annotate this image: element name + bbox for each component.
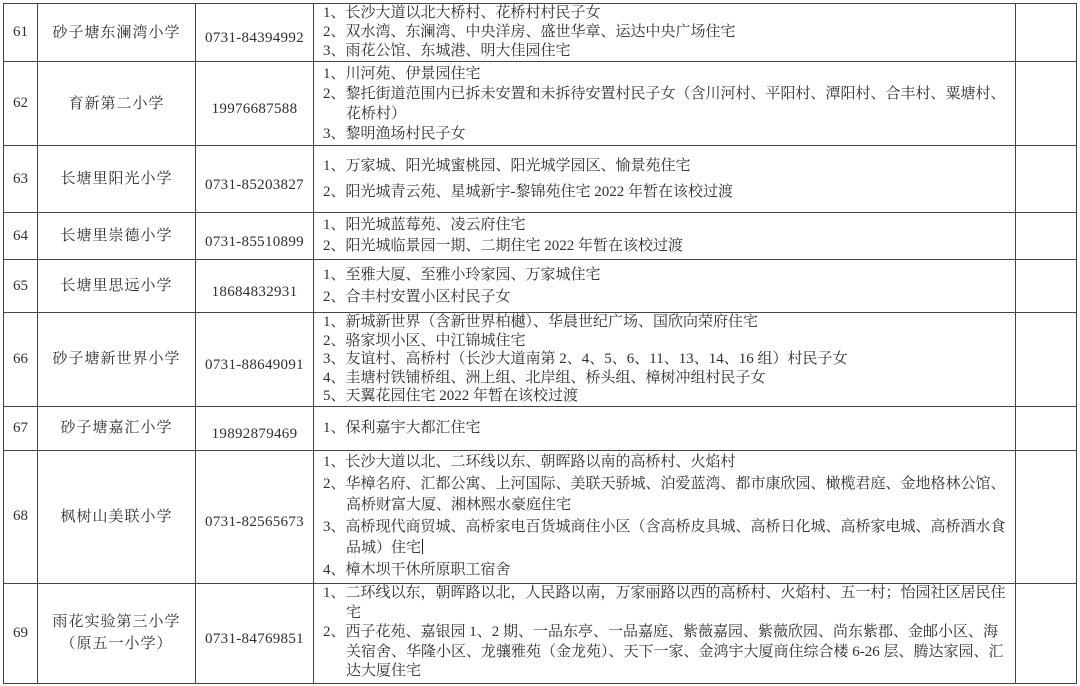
catchment-item: 3、黎明渔场村民子女	[323, 124, 1007, 144]
row-number: 69	[13, 625, 28, 641]
table-row: 68 枫树山美联小学 0731-82565673 1、长沙大道以北、二环线以东、…	[4, 450, 1077, 583]
phone-number: 0731-84769851	[205, 619, 304, 648]
catchment-items: 1、二环线以东，朝晖路以北，人民路以南，万家丽路以西的高桥村、火焰村、五一村；怡…	[314, 584, 1015, 682]
phone-cell[interactable]: 0731-84769851	[196, 583, 314, 683]
school-name-cell[interactable]: 育新第二小学	[38, 62, 196, 146]
catchment-item: 1、至雅大厦、至雅小玲家园、万家城住宅	[323, 264, 1007, 286]
table-row: 65 长塘里思远小学 18684832931 1、至雅大厦、至雅小玲家园、万家城…	[4, 260, 1077, 313]
catchment-item: 1、二环线以东，朝晖路以北，人民路以南，万家丽路以西的高桥村、火焰村、五一村；怡…	[323, 584, 1007, 623]
phone-cell[interactable]: 19976687588	[196, 62, 314, 146]
remarks-cell[interactable]	[1016, 450, 1077, 583]
catchment-item: 2、西子花苑、嘉银园 1、2 期、一品东亭、一品嘉庭、紫薇嘉园、紫薇欣园、尚东紫…	[323, 623, 1007, 682]
document-page: 61 砂子塘东澜湾小学 0731-84394992 1、长沙大道以北大桥村、花桥…	[0, 3, 1080, 686]
phone-cell[interactable]: 0731-88649091	[196, 313, 314, 407]
phone-number: 0731-85510899	[205, 222, 304, 251]
catchment-item: 2、阳光城青云苑、星城新宇-黎锦苑住宅 2022 年暂在该校过渡	[323, 179, 1007, 205]
phone-number: 0731-84394992	[205, 18, 304, 47]
remarks-cell[interactable]	[1016, 406, 1077, 450]
catchment-items: 1、长沙大道以北大桥村、花桥村村民子女2、双水湾、东澜湾、中央洋房、盛世华章、运…	[314, 4, 1015, 61]
catchment-item: 2、华樟名府、汇都公寓、上河国际、美联天骄城、泊爱蓝湾、都市康欣园、橄榄君庭、金…	[323, 474, 1007, 517]
school-name: 砂子塘嘉汇小学	[38, 417, 195, 439]
table-row: 66 砂子塘新世界小学 0731-88649091 1、新城新世界（含新世界柏樾…	[4, 313, 1077, 407]
phone-number: 19892879469	[212, 414, 298, 443]
row-number-cell[interactable]: 65	[4, 260, 38, 313]
catchment-items: 1、川河苑、伊景园住宅2、黎托街道范围内已拆未安置和未拆待安置村民子女（含川河村…	[314, 64, 1015, 144]
phone-cell[interactable]: 18684832931	[196, 260, 314, 313]
catchment-items: 1、新城新世界（含新世界柏樾）、华晨世纪广场、国欣向荣府住宅2、骆家坝小区、中江…	[314, 313, 1015, 406]
row-number-cell[interactable]: 64	[4, 213, 38, 260]
remarks-cell[interactable]	[1016, 313, 1077, 407]
remarks-cell[interactable]	[1016, 4, 1077, 62]
catchment-items: 1、保利嘉宇大都汇住宅	[314, 418, 1015, 439]
catchment-cell[interactable]: 1、二环线以东，朝晖路以北，人民路以南，万家丽路以西的高桥村、火焰村、五一村；怡…	[314, 583, 1016, 683]
phone-number: 0731-85203827	[205, 165, 304, 194]
catchment-item: 1、川河苑、伊景园住宅	[323, 64, 1007, 84]
catchment-items: 1、至雅大厦、至雅小玲家园、万家城住宅2、合丰村安置小区村民子女	[314, 264, 1015, 308]
table-row: 62 育新第二小学 19976687588 1、川河苑、伊景园住宅2、黎托街道范…	[4, 62, 1077, 146]
catchment-cell[interactable]: 1、至雅大厦、至雅小玲家园、万家城住宅2、合丰村安置小区村民子女	[314, 260, 1016, 313]
school-name: 长塘里崇德小学	[38, 225, 195, 247]
row-number: 66	[13, 351, 28, 367]
row-number-cell[interactable]: 61	[4, 4, 38, 62]
catchment-item: 2、双水湾、东澜湾、中央洋房、盛世华章、运达中央广场住宅	[323, 23, 1007, 42]
school-name-cell[interactable]: 雨花实验第三小学（原五一小学）	[38, 583, 196, 683]
school-name: 长塘里阳光小学	[38, 168, 195, 190]
catchment-cell[interactable]: 1、川河苑、伊景园住宅2、黎托街道范围内已拆未安置和未拆待安置村民子女（含川河村…	[314, 62, 1016, 146]
catchment-cell[interactable]: 1、保利嘉宇大都汇住宅	[314, 406, 1016, 450]
row-number: 65	[13, 278, 28, 294]
school-name-cell[interactable]: 长塘里崇德小学	[38, 213, 196, 260]
catchment-cell[interactable]: 1、万家城、阳光城蜜桃园、阳光城学园区、愉景苑住宅2、阳光城青云苑、星城新宇-黎…	[314, 146, 1016, 213]
row-number: 64	[13, 228, 28, 244]
phone-number: 19976687588	[212, 89, 298, 118]
row-number: 62	[13, 95, 28, 111]
table-row: 63 长塘里阳光小学 0731-85203827 1、万家城、阳光城蜜桃园、阳光…	[4, 146, 1077, 213]
catchment-item: 3、高桥现代商贸城、高桥家电百货城商住小区（含高桥皮具城、高桥日化城、高桥家电城…	[323, 517, 1007, 560]
school-name-cell[interactable]: 长塘里阳光小学	[38, 146, 196, 213]
table-row: 64 长塘里崇德小学 0731-85510899 1、阳光城蓝莓苑、凌云府住宅2…	[4, 213, 1077, 260]
remarks-cell[interactable]	[1016, 146, 1077, 213]
phone-cell[interactable]: 0731-85203827	[196, 146, 314, 213]
row-number: 61	[13, 24, 28, 40]
school-name-cell[interactable]: 砂子塘东澜湾小学	[38, 4, 196, 62]
catchment-cell[interactable]: 1、新城新世界（含新世界柏樾）、华晨世纪广场、国欣向荣府住宅2、骆家坝小区、中江…	[314, 313, 1016, 407]
school-name-cell[interactable]: 枫树山美联小学	[38, 450, 196, 583]
phone-cell[interactable]: 0731-85510899	[196, 213, 314, 260]
school-name-cell[interactable]: 砂子塘新世界小学	[38, 313, 196, 407]
row-number-cell[interactable]: 69	[4, 583, 38, 683]
row-number-cell[interactable]: 63	[4, 146, 38, 213]
catchment-item: 1、长沙大道以北、二环线以东、朝晖路以南的高桥村、火焰村	[323, 452, 1007, 474]
text-cursor	[422, 539, 423, 554]
phone-cell[interactable]: 19892879469	[196, 406, 314, 450]
table-row: 61 砂子塘东澜湾小学 0731-84394992 1、长沙大道以北大桥村、花桥…	[4, 4, 1077, 62]
catchment-items: 1、万家城、阳光城蜜桃园、阳光城学园区、愉景苑住宅2、阳光城青云苑、星城新宇-黎…	[314, 153, 1015, 205]
catchment-item: 3、友谊村、高桥村（长沙大道南第 2、4、5、6、11、13、14、16 组）村…	[323, 350, 1007, 369]
catchment-item: 1、新城新世界（含新世界柏樾）、华晨世纪广场、国欣向荣府住宅	[323, 313, 1007, 332]
catchment-item: 2、阳光城临景园一期、二期住宅 2022 年暂在该校过渡	[323, 236, 1007, 257]
school-name: 砂子塘新世界小学	[38, 348, 195, 370]
catchment-items: 1、阳光城蓝莓苑、凌云府住宅2、阳光城临景园一期、二期住宅 2022 年暂在该校…	[314, 215, 1015, 257]
school-name-cell[interactable]: 长塘里思远小学	[38, 260, 196, 313]
catchment-item: 5、天翼花园住宅 2022 年暂在该校过渡	[323, 387, 1007, 406]
school-name: 雨花实验第三小学（原五一小学）	[38, 611, 195, 655]
catchment-item: 4、樟木坝干休所原职工宿舍	[323, 560, 1007, 582]
phone-cell[interactable]: 0731-84394992	[196, 4, 314, 62]
school-name-cell[interactable]: 砂子塘嘉汇小学	[38, 406, 196, 450]
row-number-cell[interactable]: 62	[4, 62, 38, 146]
catchment-item: 1、万家城、阳光城蜜桃园、阳光城学园区、愉景苑住宅	[323, 153, 1007, 179]
remarks-cell[interactable]	[1016, 583, 1077, 683]
row-number: 63	[13, 171, 28, 187]
phone-cell[interactable]: 0731-82565673	[196, 450, 314, 583]
row-number: 67	[13, 420, 28, 436]
row-number: 68	[13, 508, 28, 524]
table-row: 69 雨花实验第三小学（原五一小学） 0731-84769851 1、二环线以东…	[4, 583, 1077, 683]
catchment-item: 1、保利嘉宇大都汇住宅	[323, 418, 1007, 439]
table-row: 67 砂子塘嘉汇小学 19892879469 1、保利嘉宇大都汇住宅	[4, 406, 1077, 450]
catchment-item: 1、阳光城蓝莓苑、凌云府住宅	[323, 215, 1007, 236]
school-name: 枫树山美联小学	[38, 506, 195, 528]
phone-number: 0731-88649091	[205, 345, 304, 374]
row-number-cell[interactable]: 67	[4, 406, 38, 450]
catchment-item: 2、合丰村安置小区村民子女	[323, 286, 1007, 308]
remarks-cell[interactable]	[1016, 213, 1077, 260]
remarks-cell[interactable]	[1016, 260, 1077, 313]
catchment-cell[interactable]: 1、阳光城蓝莓苑、凌云府住宅2、阳光城临景园一期、二期住宅 2022 年暂在该校…	[314, 213, 1016, 260]
catchment-item: 2、骆家坝小区、中江锦城住宅	[323, 332, 1007, 351]
catchment-cell[interactable]: 1、长沙大道以北大桥村、花桥村村民子女2、双水湾、东澜湾、中央洋房、盛世华章、运…	[314, 4, 1016, 62]
catchment-items: 1、长沙大道以北、二环线以东、朝晖路以南的高桥村、火焰村2、华樟名府、汇都公寓、…	[314, 452, 1015, 581]
school-name: 长塘里思远小学	[38, 275, 195, 297]
catchment-item: 1、长沙大道以北大桥村、花桥村村民子女	[323, 4, 1007, 23]
catchment-item: 4、圭塘村铁铺桥组、洲上组、北岸组、桥头组、樟树冲组村民子女	[323, 369, 1007, 388]
row-number-cell[interactable]: 66	[4, 313, 38, 407]
phone-number: 18684832931	[212, 272, 298, 301]
school-name: 育新第二小学	[38, 93, 195, 115]
row-number-cell[interactable]: 68	[4, 450, 38, 583]
school-catchment-table: 61 砂子塘东澜湾小学 0731-84394992 1、长沙大道以北大桥村、花桥…	[3, 3, 1077, 684]
catchment-cell[interactable]: 1、长沙大道以北、二环线以东、朝晖路以南的高桥村、火焰村2、华樟名府、汇都公寓、…	[314, 450, 1016, 583]
school-name: 砂子塘东澜湾小学	[38, 22, 195, 44]
remarks-cell[interactable]	[1016, 62, 1077, 146]
catchment-item: 3、雨花公馆、东城港、明大佳园住宅	[323, 42, 1007, 61]
catchment-item: 2、黎托街道范围内已拆未安置和未拆待安置村民子女（含川河村、平阳村、潭阳村、合丰…	[323, 84, 1007, 124]
phone-number: 0731-82565673	[205, 502, 304, 531]
